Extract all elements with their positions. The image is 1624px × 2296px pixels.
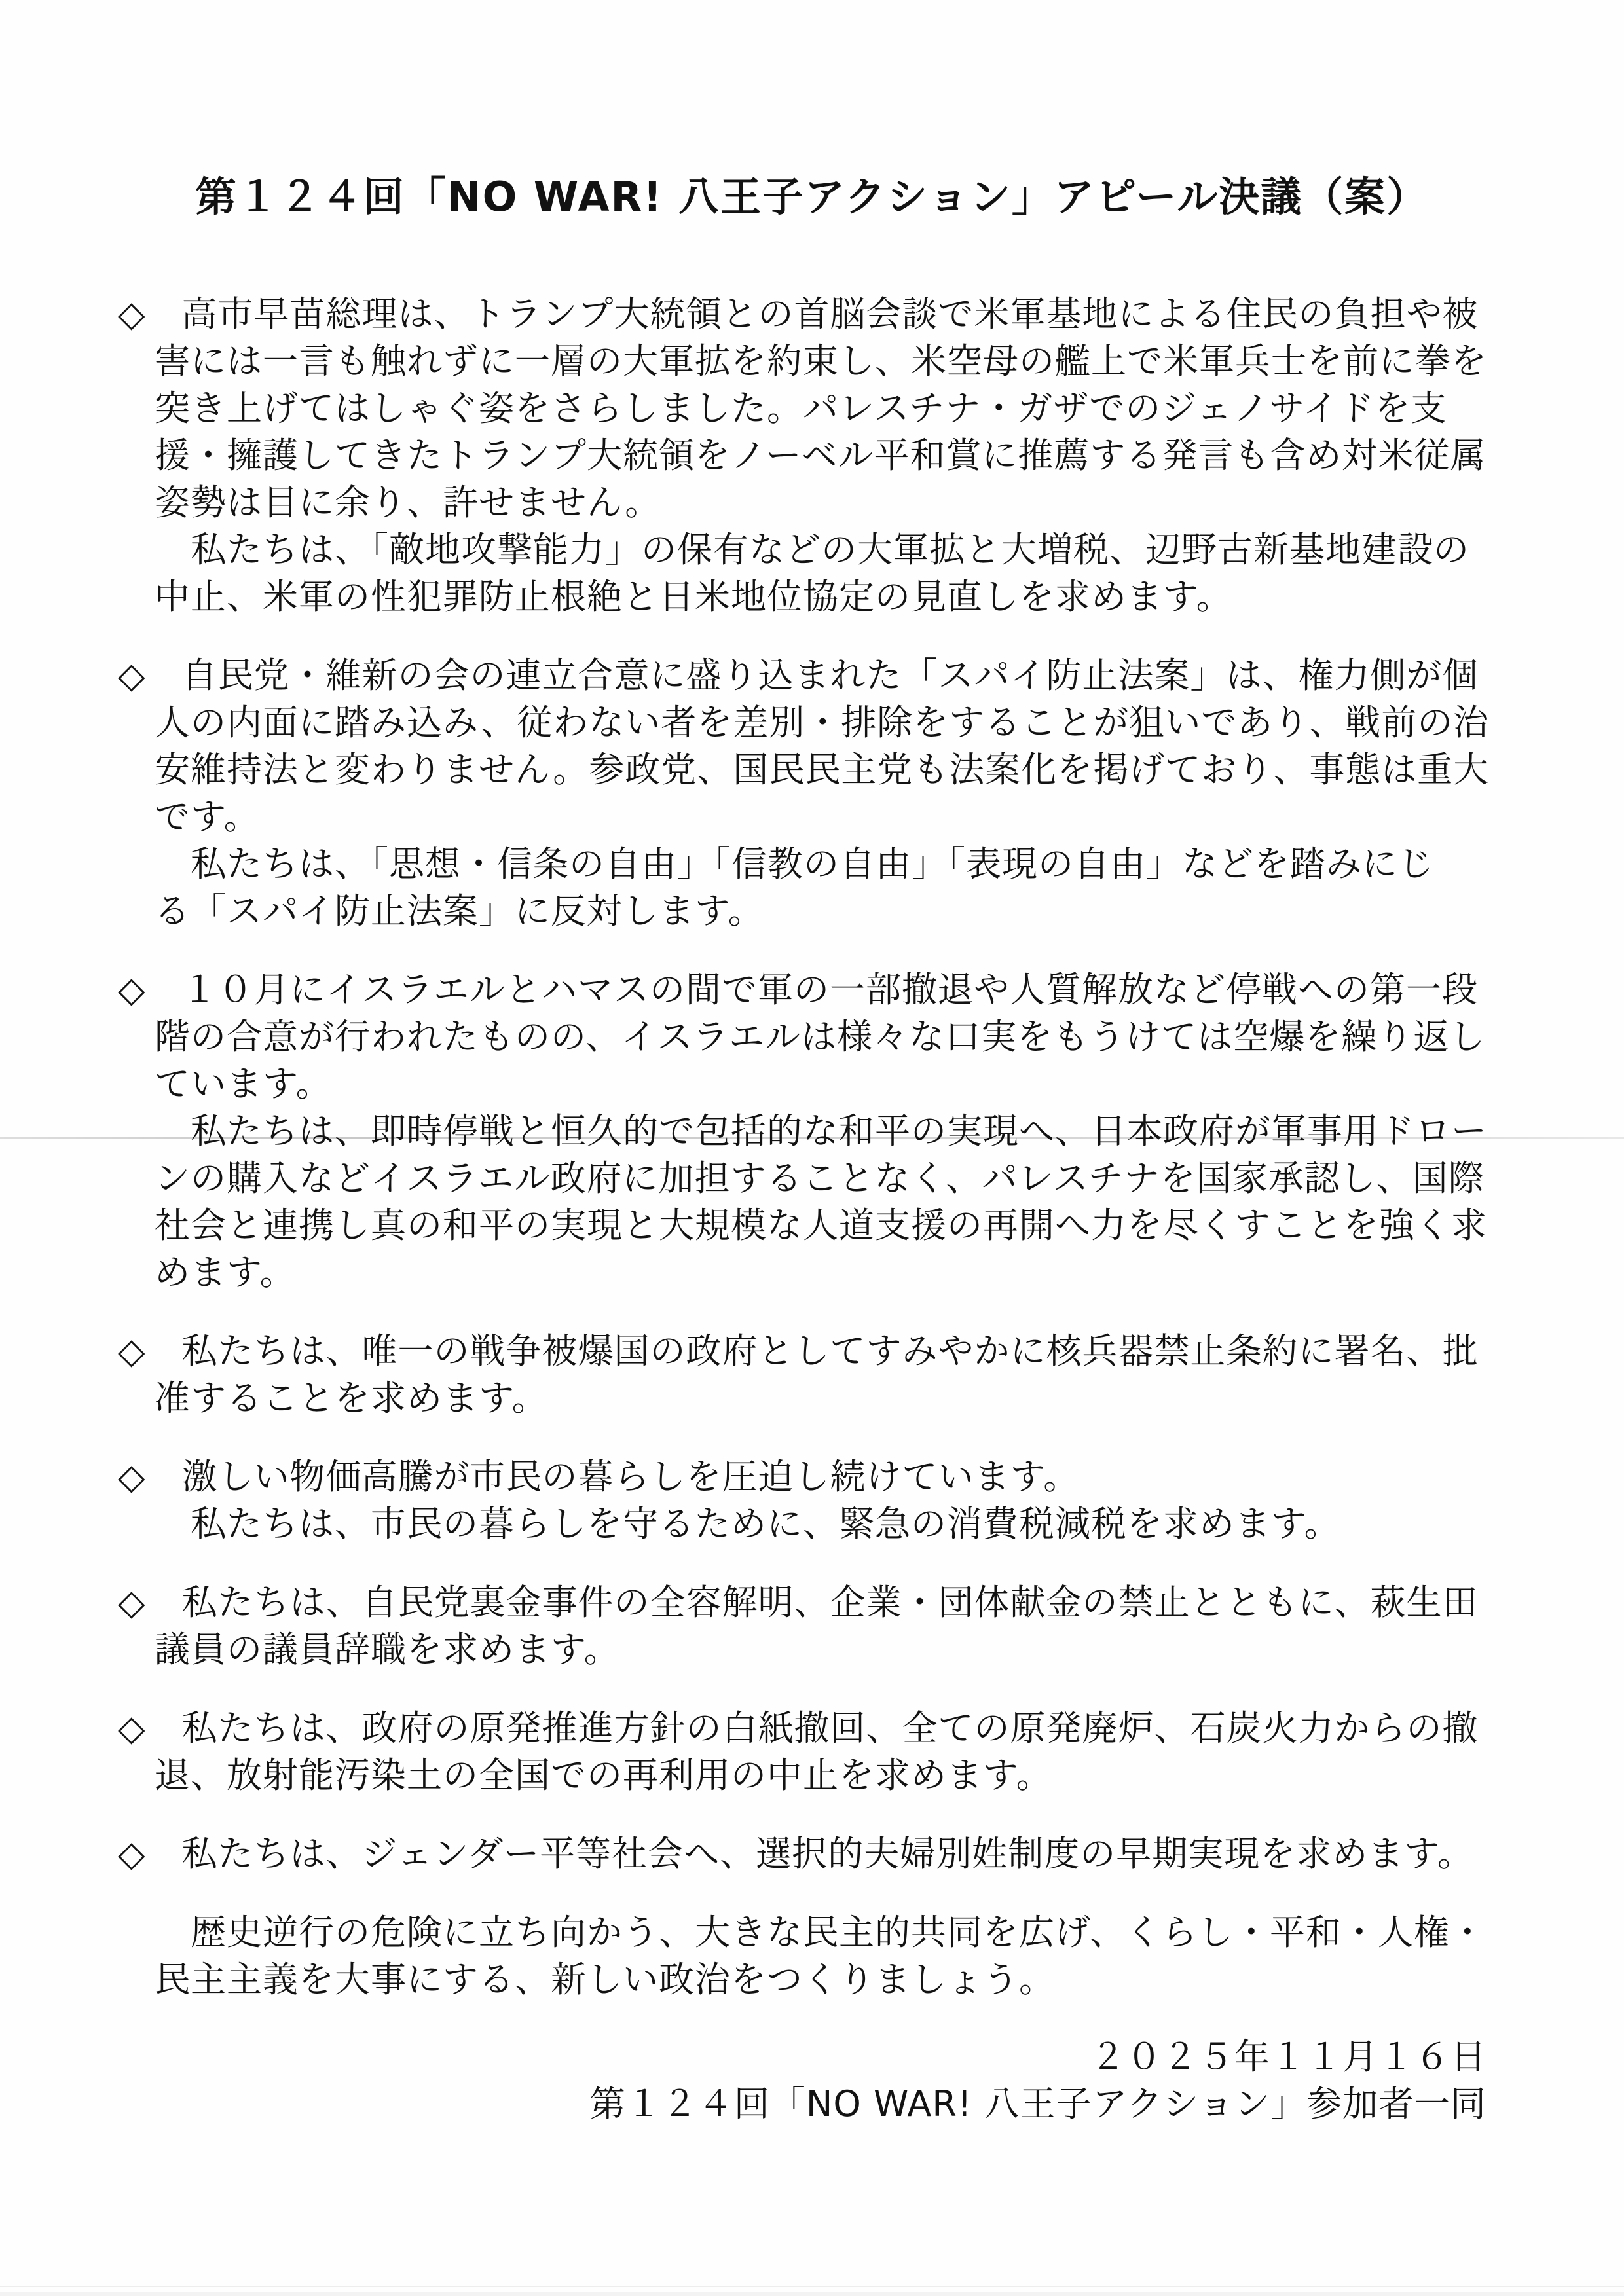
bullet-line: ◇ 私たちは、自民党裏金事件の全容解明、企業・団体献金の禁止とともに、萩生田 [118, 1579, 1506, 1626]
text-line: 私たちは、市民の暮らしを守るために、緊急の消費税減税を求めます。 [155, 1501, 1506, 1548]
bullet-line: ◇ 私たちは、ジェンダー平等社会へ、選択的夫婦別姓制度の早期実現を求めます。 [118, 1831, 1506, 1878]
text-line: 中止、米軍の性犯罪防止根絶と日米地位協定の見直しを求めます。 [155, 574, 1506, 621]
text-line: 人の内面に踏み込み、従わない者を差別・排除をすることが狙いであり、戦前の治 [155, 699, 1506, 746]
text-line: めます。 [155, 1249, 1506, 1296]
paragraph-list: ◇ 高市早苗総理は、トランプ大統領との首脳会談で米軍基地による住民の負担や被害に… [118, 291, 1506, 2003]
text-line: 突き上げてはしゃぐ姿をさらしました。パレスチナ・ガザでのジェノサイドを支 [155, 385, 1506, 432]
signature-line: 第１２４回「NO WAR! 八王子アクション」参加者一同 [118, 2081, 1486, 2128]
document-content: 第１２４回「NO WAR! 八王子アクション」アピール決議（案） ◇ 高市早苗総… [118, 169, 1506, 2128]
document-page: 第１２４回「NO WAR! 八王子アクション」アピール決議（案） ◇ 高市早苗総… [0, 0, 1624, 2296]
bullet-paragraph: ◇ 私たちは、政府の原発推進方針の白紙撤回、全ての原発廃炉、石炭火力からの撤退、… [118, 1705, 1506, 1799]
text-line: 准することを求めます。 [155, 1375, 1506, 1422]
closing-paragraph: 歴史逆行の危険に立ち向かう、大きな民主的共同を広げ、くらし・平和・人権・民主主義… [118, 1909, 1506, 2003]
bullet-line: ◇ 自民党・維新の会の連立合意に盛り込まれた「スパイ防止法案」は、権力側が個 [118, 652, 1506, 699]
bullet-paragraph: ◇ １０月にイスラエルとハマスの間で軍の一部撤退や人質解放など停戦への第一段階の… [118, 966, 1506, 1296]
text-line: です。 [155, 793, 1506, 841]
bullet-line: ◇ １０月にイスラエルとハマスの間で軍の一部撤退や人質解放など停戦への第一段 [118, 966, 1506, 1013]
text-line: 歴史逆行の危険に立ち向かう、大きな民主的共同を広げ、くらし・平和・人権・ [155, 1909, 1506, 1956]
bullet-line: ◇ 高市早苗総理は、トランプ大統領との首脳会談で米軍基地による住民の負担や被 [118, 291, 1506, 338]
scan-artifact-bottom-edge [0, 2292, 1624, 2296]
bullet-paragraph: ◇ 私たちは、唯一の戦争被爆国の政府としてすみやかに核兵器禁止条約に署名、批准す… [118, 1328, 1506, 1422]
date-line: ２０２５年１１月１６日 [118, 2033, 1486, 2081]
text-line: 援・擁護してきたトランプ大統領をノーベル平和賞に推薦する発言も含め対米従属 [155, 432, 1506, 479]
text-line: ンの購入などイスラエル政府に加担することなく、パレスチナを国家承認し、国際 [155, 1155, 1506, 1202]
bullet-line: ◇ 激しい物価高騰が市民の暮らしを圧迫し続けています。 [118, 1453, 1506, 1501]
scan-artifact-bottom-line [0, 2286, 1624, 2287]
text-line: 私たちは、即時停戦と恒久的で包括的な和平の実現へ、日本政府が軍事用ドロー [155, 1108, 1506, 1155]
text-line: 民主主義を大事にする、新しい政治をつくりましょう。 [155, 1956, 1506, 2003]
text-line: 私たちは、「思想・信条の自由」「信教の自由」「表現の自由」などを踏みにじ [155, 841, 1506, 888]
text-line: 害には一言も触れずに一層の大軍拡を約束し、米空母の艦上で米軍兵士を前に拳を [155, 338, 1506, 385]
text-line: 退、放射能汚染土の全国での再利用の中止を求めます。 [155, 1752, 1506, 1799]
text-line: 安維持法と変わりません。参政党、国民民主党も法案化を掲げており、事態は重大 [155, 746, 1506, 793]
bullet-paragraph: ◇ 激しい物価高騰が市民の暮らしを圧迫し続けています。 私たちは、市民の暮らしを… [118, 1453, 1506, 1548]
bullet-paragraph: ◇ 私たちは、自民党裏金事件の全容解明、企業・団体献金の禁止とともに、萩生田議員… [118, 1579, 1506, 1673]
bullet-paragraph: ◇ 高市早苗総理は、トランプ大統領との首脳会談で米軍基地による住民の負担や被害に… [118, 291, 1506, 621]
text-line: る「スパイ防止法案」に反対します。 [155, 888, 1506, 935]
text-line: ています。 [155, 1061, 1506, 1108]
bullet-paragraph: ◇ 私たちは、ジェンダー平等社会へ、選択的夫婦別姓制度の早期実現を求めます。 [118, 1831, 1506, 1878]
bullet-line: ◇ 私たちは、唯一の戦争被爆国の政府としてすみやかに核兵器禁止条約に署名、批 [118, 1328, 1506, 1375]
text-line: 社会と連携し真の和平の実現と大規模な人道支援の再開へ力を尽くすことを強く求 [155, 1202, 1506, 1249]
text-line: 姿勢は目に余り、許せません。 [155, 479, 1506, 526]
text-line: 階の合意が行われたものの、イスラエルは様々な口実をもうけては空爆を繰り返し [155, 1013, 1506, 1061]
bullet-line: ◇ 私たちは、政府の原発推進方針の白紙撤回、全ての原発廃炉、石炭火力からの撤 [118, 1705, 1506, 1752]
text-line: 議員の議員辞職を求めます。 [155, 1626, 1506, 1673]
document-title: 第１２４回「NO WAR! 八王子アクション」アピール決議（案） [118, 169, 1506, 225]
text-line: 私たちは、「敵地攻撃能力」の保有などの大軍拡と大増税、辺野古新基地建設の [155, 526, 1506, 574]
bullet-paragraph: ◇ 自民党・維新の会の連立合意に盛り込まれた「スパイ防止法案」は、権力側が個人の… [118, 652, 1506, 935]
